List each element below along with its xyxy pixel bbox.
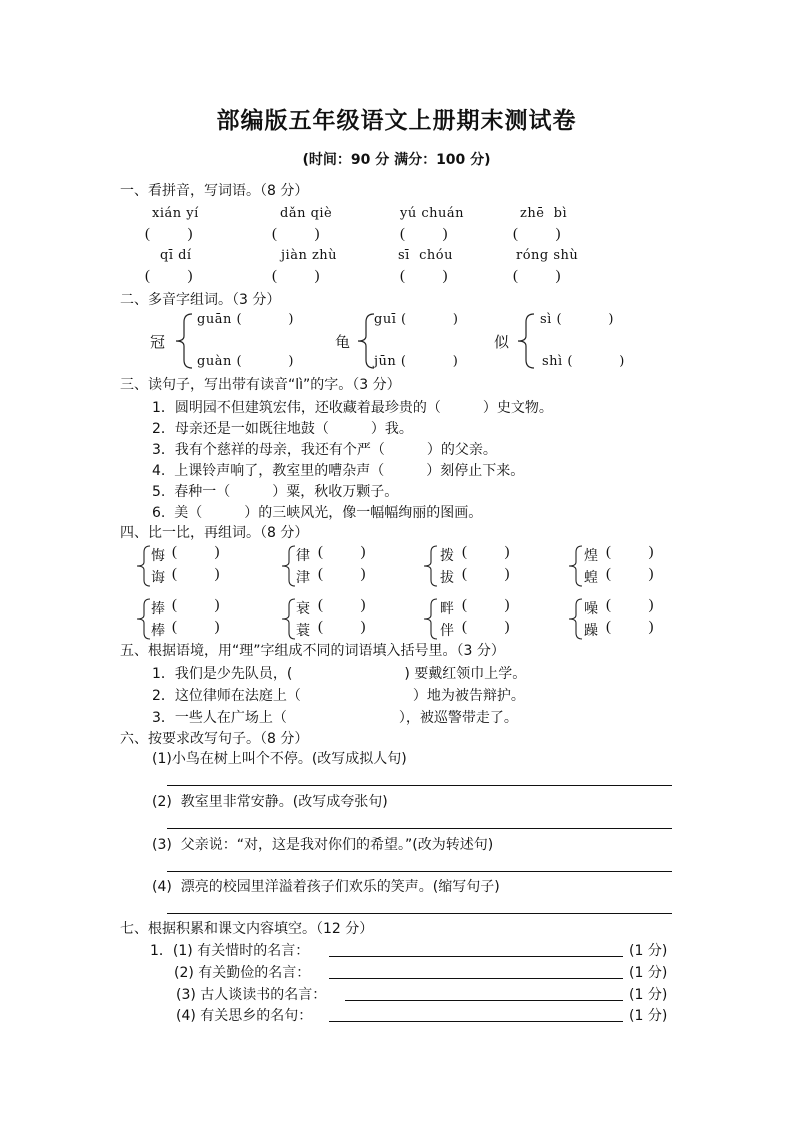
page-title: 部编版五年级语文上册期末测试卷 [0, 102, 793, 135]
li-sentence-1[interactable]: 1．我们是少先队员，( ) 要戴红领巾上学。 [152, 663, 526, 683]
compare-blank-4a[interactable]: ( ) [606, 544, 654, 561]
rewrite-answer-line-3[interactable] [167, 871, 672, 872]
compare-blank-7a[interactable]: ( ) [462, 597, 510, 614]
compare-char-7b: 伴 [440, 620, 454, 640]
answer-blank-3[interactable]: ( ) [400, 226, 448, 243]
pinyin-1: xián yí [152, 206, 199, 221]
polyphone-char-2: 龟 [335, 331, 350, 352]
fill-score-3: (1 分) [629, 984, 667, 1004]
rewrite-prompt-2: (2) 教室里非常安静。(改写成夸张句) [152, 791, 388, 811]
compare-char-4b: 蝗 [584, 567, 598, 587]
brace-icon [421, 544, 439, 588]
polyphone-char-3: 似 [494, 331, 509, 352]
fill-score-1: (1 分) [629, 940, 667, 960]
section-5-heading: 五、根据语境，用“理”字组成不同的词语填入括号里。（3 分） [120, 640, 505, 660]
compare-char-5b: 棒 [151, 620, 165, 640]
pinyin-4: zhē bì [520, 206, 567, 221]
compare-blank-4b[interactable]: ( ) [606, 566, 654, 583]
compare-char-4a: 煌 [584, 545, 598, 565]
pinyin-6: jiàn zhù [281, 248, 337, 263]
compare-blank-1a[interactable]: ( ) [172, 544, 220, 561]
polyphone-3-bottom[interactable]: shì ( ) [542, 354, 625, 369]
brace-icon [566, 597, 584, 641]
compare-blank-3b[interactable]: ( ) [462, 566, 510, 583]
section-4-heading: 四、比一比，再组词。（8 分） [120, 522, 308, 542]
brace-icon [421, 597, 439, 641]
compare-blank-6a[interactable]: ( ) [318, 597, 366, 614]
li-sentence-2[interactable]: 2．这位律师在法庭上（ ）地为被告辩护。 [152, 685, 525, 705]
answer-blank-7[interactable]: ( ) [400, 268, 448, 285]
pinyin-7: sī chóu [398, 248, 453, 263]
polyphone-1-top[interactable]: guān ( ) [197, 312, 294, 327]
section-1-heading: 一、看拼音，写词语。（8 分） [120, 180, 308, 200]
fill-answer-line-3[interactable] [345, 1000, 623, 1001]
fill-answer-line-2[interactable] [329, 978, 623, 979]
rewrite-answer-line-2[interactable] [167, 828, 672, 829]
compare-char-1a: 悔 [151, 545, 165, 565]
answer-blank-1[interactable]: ( ) [145, 226, 193, 243]
sentence-3[interactable]: 3．我有个慈祥的母亲，我还有个严（ ）的父亲。 [152, 439, 497, 459]
brace-icon [279, 544, 297, 588]
compare-blank-5b[interactable]: ( ) [172, 619, 220, 636]
compare-blank-6b[interactable]: ( ) [318, 619, 366, 636]
section-6-heading: 六、按要求改写句子。（8 分） [120, 728, 308, 748]
answer-blank-6[interactable]: ( ) [272, 268, 320, 285]
fill-score-2: (1 分) [629, 962, 667, 982]
polyphone-2-bottom[interactable]: jūn ( ) [374, 354, 458, 369]
compare-char-1b: 诲 [151, 567, 165, 587]
polyphone-2-top[interactable]: guī ( ) [374, 312, 458, 327]
compare-blank-8b[interactable]: ( ) [606, 619, 654, 636]
polyphone-char-1: 冠 [150, 331, 165, 352]
pinyin-2: dǎn qiè [280, 206, 332, 221]
compare-blank-1b[interactable]: ( ) [172, 566, 220, 583]
sentence-1[interactable]: 1．圆明园不但建筑宏伟，还收藏着最珍贵的（ ）史文物。 [152, 397, 553, 417]
compare-char-6b: 蓑 [296, 620, 310, 640]
fill-label-1: 1．(1) 有关惜时的名言： [150, 940, 309, 960]
answer-blank-5[interactable]: ( ) [145, 268, 193, 285]
compare-char-2b: 津 [296, 567, 310, 587]
compare-char-5a: 捧 [151, 598, 165, 618]
compare-char-7a: 畔 [440, 598, 454, 618]
section-3-heading: 三、读句子，写出带有读音“lì”的字。（3 分） [120, 374, 401, 394]
sentence-2[interactable]: 2．母亲还是一如既往地鼓（ ）我。 [152, 418, 413, 438]
answer-blank-4[interactable]: ( ) [513, 226, 561, 243]
brace-icon [512, 312, 538, 370]
compare-blank-2a[interactable]: ( ) [318, 544, 366, 561]
section-7-heading: 七、根据积累和课文内容填空。（12 分） [120, 918, 373, 938]
fill-score-4: (1 分) [629, 1005, 667, 1025]
answer-blank-2[interactable]: ( ) [272, 226, 320, 243]
sentence-4[interactable]: 4. 上课铃声响了，教室里的嘈杂声（ ）刻停止下来。 [152, 460, 524, 480]
pinyin-5: qī dí [160, 248, 192, 263]
compare-blank-3a[interactable]: ( ) [462, 544, 510, 561]
compare-char-2a: 律 [296, 545, 310, 565]
compare-char-3a: 拨 [440, 545, 454, 565]
exam-time-score: (时间：90 分 满分：100 分) [0, 149, 793, 169]
fill-label-3: (3) 古人谈读书的名言： [176, 984, 326, 1004]
compare-char-8a: 噪 [584, 598, 598, 618]
brace-icon [566, 544, 584, 588]
polyphone-1-bottom[interactable]: guàn ( ) [197, 354, 294, 369]
fill-answer-line-1[interactable] [329, 956, 623, 957]
brace-icon [134, 544, 152, 588]
answer-blank-8[interactable]: ( ) [513, 268, 561, 285]
compare-char-8b: 躁 [584, 620, 598, 640]
pinyin-3: yú chuán [400, 206, 464, 221]
sentence-5[interactable]: 5. 春种一（ ）粟，秋收万颗子。 [152, 481, 398, 501]
rewrite-answer-line-1[interactable] [167, 785, 672, 786]
section-2-heading: 二、多音字组词。（3 分） [120, 289, 280, 309]
brace-icon [134, 597, 152, 641]
compare-blank-7b[interactable]: ( ) [462, 619, 510, 636]
pinyin-8: róng shù [516, 248, 578, 263]
fill-answer-line-4[interactable] [329, 1021, 623, 1022]
compare-blank-2b[interactable]: ( ) [318, 566, 366, 583]
rewrite-prompt-1: (1)小鸟在树上叫个不停。(改写成拟人句) [152, 748, 407, 768]
li-sentence-3[interactable]: 3．一些人在广场上（ ），被巡警带走了。 [152, 707, 518, 727]
rewrite-answer-line-4[interactable] [167, 913, 672, 914]
fill-label-4: (4) 有关思乡的名句： [176, 1005, 312, 1025]
compare-char-6a: 衰 [296, 598, 310, 618]
rewrite-prompt-3: (3) 父亲说：“对，这是我对你们的希望。”(改为转述句) [152, 834, 493, 854]
brace-icon [279, 597, 297, 641]
rewrite-prompt-4: (4) 漂亮的校园里洋溢着孩子们欢乐的笑声。(缩写句子) [152, 876, 500, 896]
sentence-6[interactable]: 6. 美（ ）的三峡风光，像一幅幅绚丽的图画。 [152, 502, 482, 522]
polyphone-3-top[interactable]: sì ( ) [540, 312, 614, 327]
compare-blank-5a[interactable]: ( ) [172, 597, 220, 614]
brace-icon [170, 312, 196, 370]
compare-blank-8a[interactable]: ( ) [606, 597, 654, 614]
fill-label-2: (2) 有关勤俭的名言： [174, 962, 310, 982]
compare-char-3b: 拔 [440, 567, 454, 587]
